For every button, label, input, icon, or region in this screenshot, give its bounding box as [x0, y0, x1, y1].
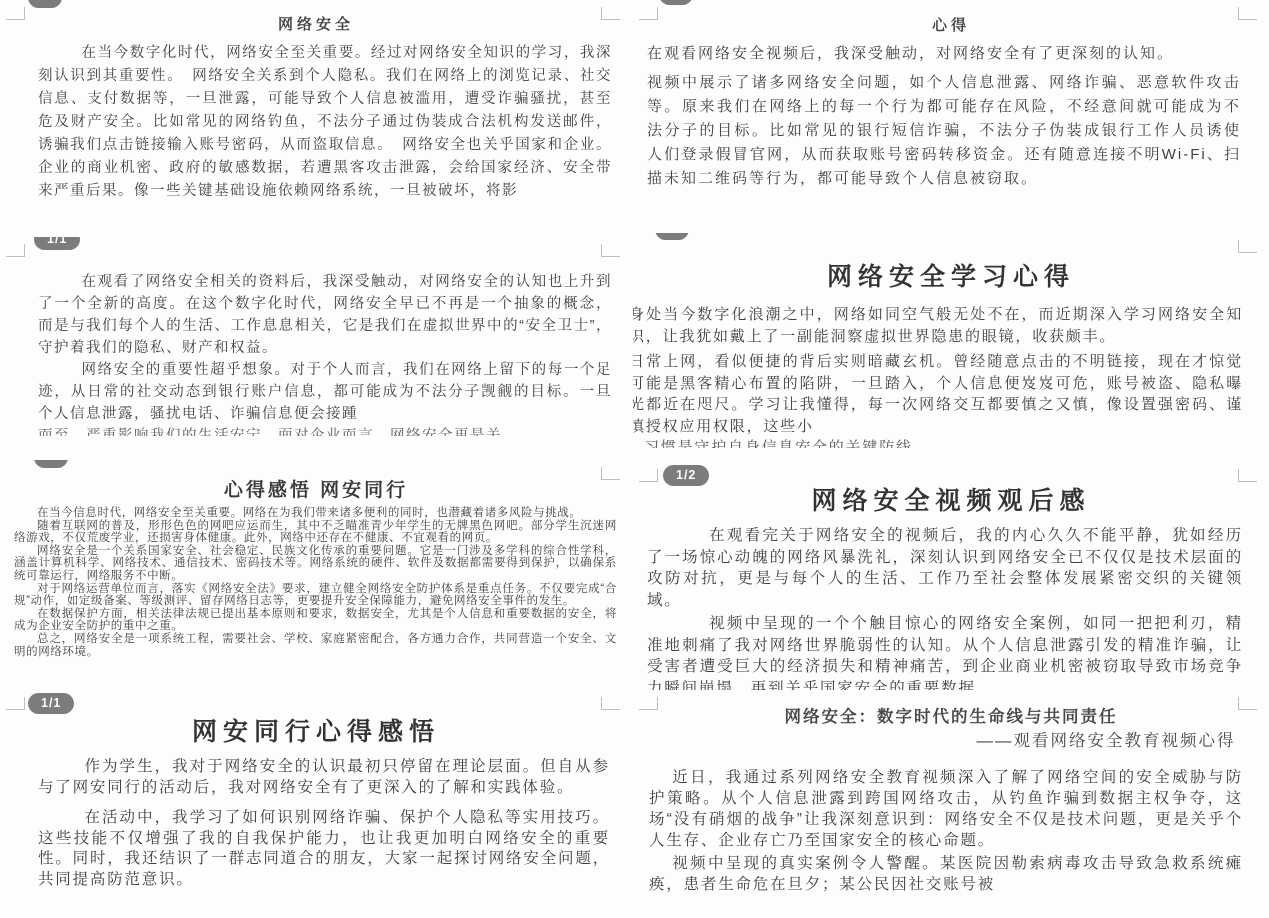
crop-mark-icon: [601, 7, 620, 20]
doc-body: 在观看网络安全视频后，我深受触动，对网络安全有了更深刻的认知。 视频中展示了诸多…: [647, 42, 1241, 191]
crop-mark-icon: [6, 7, 25, 20]
crop-mark-icon: [639, 697, 658, 710]
doc-title: 心得: [633, 14, 1269, 35]
doc-body: 在当今信息时代，网络安全至关重要。网络在为我们带来诸多便利的同时，也潜藏着诸多风…: [14, 507, 617, 658]
doc-paragraph: 总之，网络安全是一项系统工程，需要社会、学校、家庭紧密配合，各方通力合作，共同营…: [14, 633, 617, 658]
doc-paragraph: 视频中呈现的真实案例令人警醒。某医院因勒索病毒攻击导致急救系统瘫痪，患者生命危在…: [649, 853, 1243, 895]
crop-mark-icon: [6, 697, 25, 710]
document-card-wangan-tongxing[interactable]: 1/1 网安同行心得感悟 作为学生，我对于网络安全的认识最初只停留在理论层面。但…: [0, 690, 632, 918]
document-card-network-security-essay[interactable]: 网络安全 在当今数字化时代，网络安全至关重要。经过对网络安全知识的学习，我深刻认…: [0, 0, 632, 237]
document-card-study-notes[interactable]: 网络安全学习心得 身处当今数字化浪潮之中，网络如同空气般无处不在，而近期深入学习…: [633, 233, 1269, 462]
crop-mark-icon: [639, 469, 658, 482]
doc-paragraph: 视频中呈现的一个个触目惊心的网络安全案例，如同一把把利刃，精准地刺痛了我对网络世…: [647, 613, 1243, 690]
doc-paragraph: 网络安全的重要性超乎想象。对于个人而言，我们在网络上留下的每一个足迹，从日常的社…: [38, 359, 612, 425]
doc-paragraph: 网络安全是一个关系国家安全、社会稳定、民族文化传承的重要问题。它是一门涉及多学科…: [14, 545, 617, 583]
clipped-text-line: 而至，严重影响我们的生活安宁。面对企业而言，网络安全更是关: [38, 425, 612, 436]
doc-paragraph: 随着互联网的普及，形形色色的网吧应运而生，其中不乏瞄准青少年学生的无牌黑色网吧。…: [14, 520, 617, 545]
doc-title: 网络安全：数字时代的生命线与共同责任: [633, 703, 1269, 727]
crop-mark-icon: [639, 7, 658, 20]
document-card-digital-lifeline[interactable]: 网络安全：数字时代的生命线与共同责任 ——观看网络安全教育视频心得 近日，我通过…: [633, 690, 1269, 918]
doc-body: 在观看完关于网络安全的视频后，我的内心久久不能平静，犹如经历了一场惊心动魄的网络…: [647, 525, 1243, 690]
doc-body: 作为学生，我对于网络安全的认识最初只停留在理论层面。但自从参与了网安同行的活动后…: [38, 757, 610, 890]
doc-subtitle: ——观看网络安全教育视频心得: [633, 727, 1269, 751]
page-badge: [659, 0, 693, 5]
doc-body: 在观看了网络安全相关的资料后，我深受触动，对网络安全的认知也上升到了一个全新的高…: [38, 271, 612, 425]
doc-paragraph: 身处当今数字化浪潮之中，网络如同空气般无处不在，而近期深入学习网络安全知识，让我…: [633, 304, 1243, 347]
page-badge: [655, 233, 689, 240]
page-badge: 1/1: [28, 693, 74, 714]
clipped-text-line: 习惯是守护自身信息安全的关键防线。: [633, 437, 1243, 448]
page-badge: 1/2: [663, 465, 709, 486]
doc-body: 身处当今数字化浪潮之中，网络如同空气般无处不在，而近期深入学习网络安全知识，让我…: [633, 304, 1243, 437]
doc-paragraph: 作为学生，我对于网络安全的认识最初只停留在理论层面。但自从参与了网安同行的活动后…: [38, 757, 610, 798]
doc-paragraph: 对于网络运营单位而言，落实《网络安全法》要求，建立健全网络安全防护体系是重点任务…: [14, 583, 617, 608]
doc-title: 网安同行心得感悟: [0, 712, 632, 748]
page-badge: [28, 0, 62, 8]
doc-paragraph: 视频中展示了诸多网络安全问题，如个人信息泄露、网络诈骗、恶意软件攻击等。原来我们…: [647, 71, 1241, 191]
crop-mark-icon: [1238, 697, 1257, 710]
doc-paragraph: 在观看完关于网络安全的视频后，我的内心久久不能平静，犹如经历了一场惊心动魄的网络…: [647, 525, 1243, 611]
crop-mark-icon: [1238, 7, 1257, 20]
doc-paragraph: 日常上网，看似便捷的背后实则暗藏玄机。曾经随意点击的不明链接，现在才惊觉可能是黑…: [633, 351, 1243, 437]
document-card-security-reflection[interactable]: 1/1 在观看了网络安全相关的资料后，我深受触动，对网络安全的认知也上升到了一个…: [0, 237, 632, 460]
doc-paragraph: 在当今信息时代，网络安全至关重要。网络在为我们带来诸多便利的同时，也潜藏着诸多风…: [14, 507, 617, 520]
crop-mark-icon: [6, 244, 25, 257]
doc-title: 网络安全: [0, 13, 632, 34]
crop-mark-icon: [1238, 469, 1257, 482]
doc-paragraph: 在当今数字化时代，网络安全至关重要。经过对网络安全知识的学习，我深刻认识到其重要…: [38, 42, 612, 203]
crop-mark-icon: [601, 244, 620, 257]
document-card-xinde[interactable]: 心得 在观看网络安全视频后，我深受触动，对网络安全有了更深刻的认知。 视频中展示…: [633, 0, 1269, 233]
doc-paragraph: 在数据保护方面，相关法律法规已提出基本原则和要求，数据安全，尤其是个人信息和重要…: [14, 608, 617, 633]
page-badge: [34, 460, 68, 468]
crop-mark-icon: [601, 467, 620, 480]
document-card-xinde-ganwu[interactable]: 心得感悟 网安同行 在当今信息时代，网络安全至关重要。网络在为我们带来诸多便利的…: [0, 460, 632, 690]
page-badge: 1/1: [34, 237, 80, 250]
doc-title: 心得感悟 网安同行: [0, 475, 632, 502]
doc-paragraph: 在观看网络安全视频后，我深受触动，对网络安全有了更深刻的认知。: [647, 42, 1241, 66]
doc-paragraph: 在观看了网络安全相关的资料后，我深受触动，对网络安全的认知也上升到了一个全新的高…: [38, 271, 612, 359]
doc-title: 网络安全视频观后感: [633, 481, 1269, 517]
doc-title: 网络安全学习心得: [633, 257, 1269, 293]
doc-body: 在当今数字化时代，网络安全至关重要。经过对网络安全知识的学习，我深刻认识到其重要…: [38, 42, 612, 203]
document-collage: { "badges": { "ld2": "1/1", "ld4": "1/1"…: [0, 0, 1269, 918]
document-card-video-review[interactable]: 1/2 网络安全视频观后感 在观看完关于网络安全的视频后，我的内心久久不能平静，…: [633, 462, 1269, 690]
doc-paragraph: 在活动中，我学习了如何识别网络诈骗、保护个人隐私等实用技巧。这些技能不仅增强了我…: [38, 808, 610, 890]
doc-paragraph: 近日，我通过系列网络安全教育视频深入了解了网络空间的安全威胁与防护策略。从个人信…: [649, 767, 1243, 851]
crop-mark-icon: [601, 697, 620, 710]
doc-body: 近日，我通过系列网络安全教育视频深入了解了网络空间的安全威胁与防护策略。从个人信…: [649, 767, 1243, 895]
crop-mark-icon: [1238, 240, 1257, 253]
